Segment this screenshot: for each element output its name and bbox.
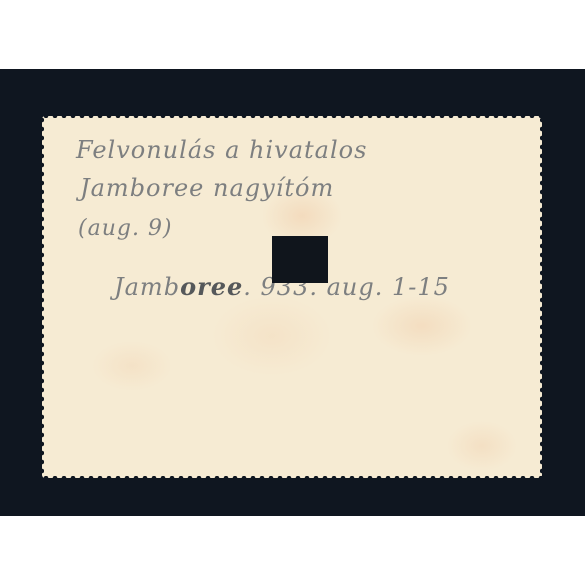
inscription-line-2: Jamboree nagyítóm <box>80 174 334 202</box>
black-mask-square <box>272 236 328 283</box>
photo-back-card: Felvonulás a hivatalos Jamboree nagyítóm… <box>42 116 542 478</box>
inscription-line-4-overwrite: oree <box>180 272 243 301</box>
inscription-line-1: Felvonulás a hivatalos <box>76 136 367 164</box>
inscription-line-3: (aug. 9) <box>78 216 173 241</box>
deckle-edge-left <box>40 116 44 478</box>
deckle-edge-right <box>540 116 544 478</box>
inscription-line-4-prefix: Jamb <box>114 273 180 301</box>
